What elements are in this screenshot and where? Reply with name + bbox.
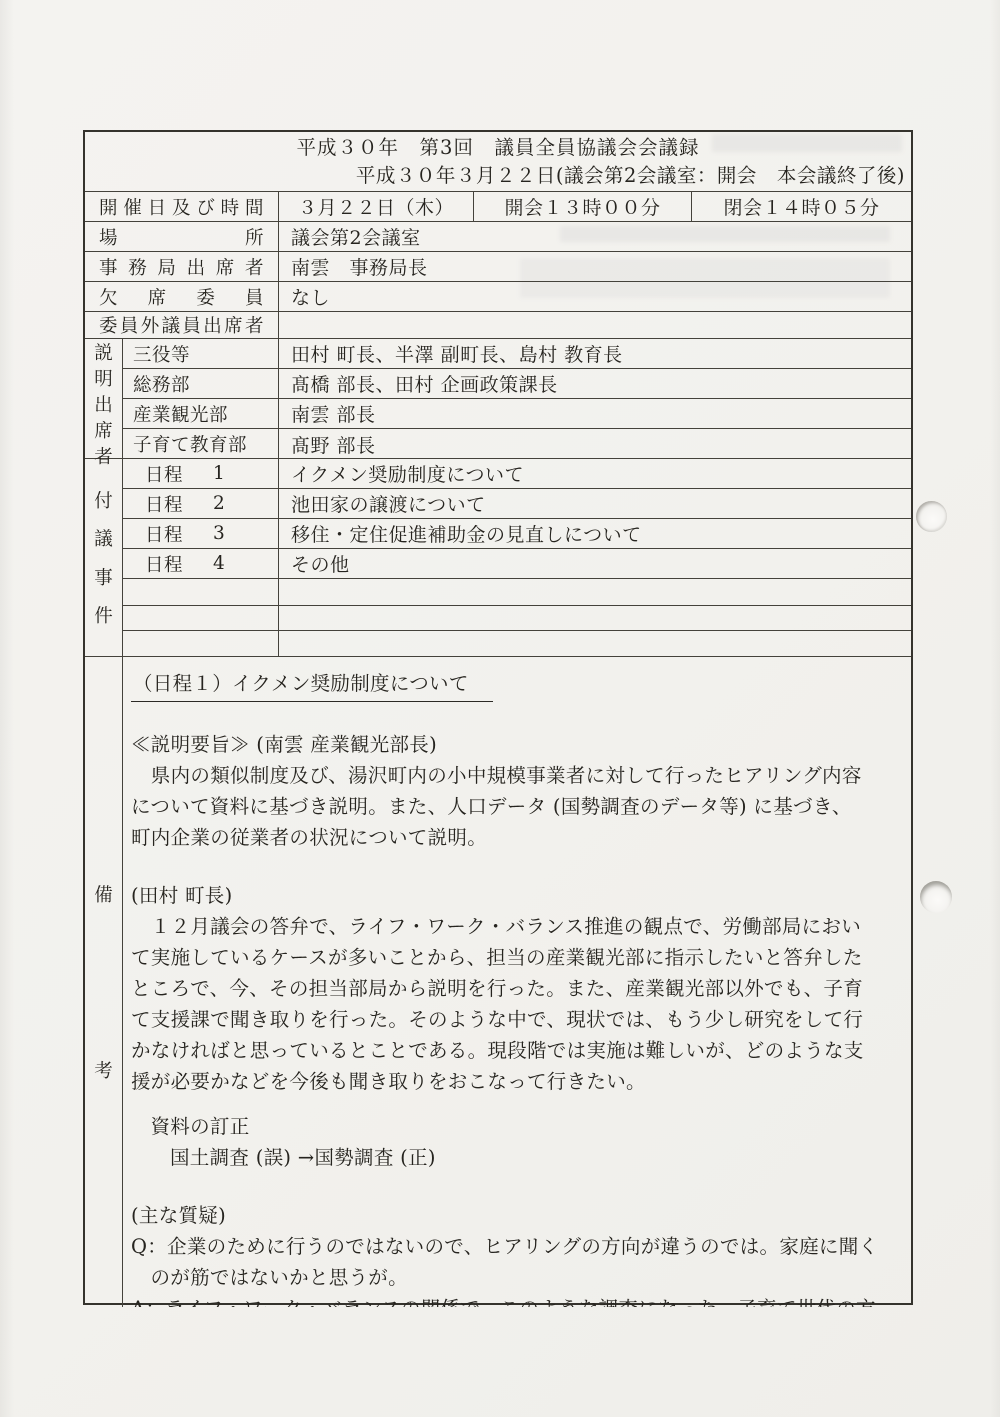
scanned-meeting-minutes-page: 平成３０年 第3回 議員全員協議会会議録 平成３０年３月２２日(議会第2会議室：… <box>0 0 1000 1417</box>
agenda-number: 日程4 <box>123 549 279 578</box>
correction-header: 資料の訂正 <box>131 1111 901 1142</box>
value-noncommittee <box>279 312 911 338</box>
value-absent: なし <box>279 282 911 311</box>
agenda-empty-row <box>123 631 911 657</box>
value-secretariat: 南雲 事務局長 <box>279 252 911 281</box>
table-row: 産業観光部 南雲 部長 <box>123 399 911 429</box>
agenda-empty-row <box>123 579 911 606</box>
section-remarks: 備 考 （日程１）イクメン奨励制度について ≪説明要旨≫ (南雲 産業観光部長)… <box>85 657 911 1307</box>
vertical-label-remarks: 備 考 <box>85 657 123 1307</box>
value-open-time: 開会１３時００分 <box>474 192 692 221</box>
hole-punch-top <box>916 501 947 532</box>
agenda-title: その他 <box>279 549 911 578</box>
agenda-number: 日程3 <box>123 519 279 548</box>
remarks-content: （日程１）イクメン奨励制度について ≪説明要旨≫ (南雲 産業観光部長) 県内の… <box>123 657 911 1307</box>
agenda-title: 移住・定住促進補助金の見直しについて <box>279 519 911 548</box>
label-noncommittee: 委員外議員出席者 <box>85 312 279 338</box>
table-row: 子育て教育部 髙野 部長 <box>123 429 911 459</box>
title-block: 平成３０年 第3回 議員全員協議会会議録 平成３０年３月２２日(議会第2会議室：… <box>85 132 911 192</box>
table-row: 三役等 田村 町長、半澤 副町長、島村 教育長 <box>123 339 911 369</box>
label-absent: 欠席委員 <box>85 282 279 311</box>
explainer-names: 南雲 部長 <box>279 399 911 428</box>
document-subtitle: 平成３０年３月２２日(議会第2会議室：開会 本会議終了後) <box>85 162 911 190</box>
table-row: 日程1 イクメン奨励制度について <box>123 459 911 489</box>
explainer-dept: 子育て教育部 <box>123 429 279 459</box>
question-text: Q：企業のために行うのではないので、ヒアリングの方向が違うのでは。家庭に聞く の… <box>131 1231 901 1293</box>
row-place: 場所 議会第2会議室 <box>85 222 911 252</box>
summary-body: 県内の類似制度及び、湯沢町内の小中規模事業者に対して行ったヒアリング内容 につい… <box>131 760 901 853</box>
label-secretariat: 事務局出席者 <box>85 252 279 281</box>
row-date-time: 開催日及び時間 ３月２２日（木） 開会１３時００分 閉会１４時０５分 <box>85 192 911 222</box>
table-row: 日程4 その他 <box>123 549 911 579</box>
hole-punch-bottom <box>920 881 952 913</box>
remarks-heading: （日程１）イクメン奨励制度について <box>131 668 493 702</box>
vertical-label-explainers: 説 明 出 席 者 <box>85 339 123 458</box>
explainer-names: 髙橋 部長、田村 企画政策課長 <box>279 369 911 398</box>
value-close-time: 閉会１４時０５分 <box>692 192 911 221</box>
table-row: 日程3 移住・定住促進補助金の見直しについて <box>123 519 911 549</box>
agenda-number: 日程2 <box>123 489 279 518</box>
document-title: 平成３０年 第3回 議員全員協議会会議録 <box>85 134 911 162</box>
explainer-names: 髙野 部長 <box>279 429 911 459</box>
value-date: ３月２２日（木） <box>279 192 474 221</box>
explainer-dept: 産業観光部 <box>123 399 279 428</box>
row-absent: 欠席委員 なし <box>85 282 911 312</box>
mayor-header: (田村 町長) <box>131 880 901 911</box>
section-agenda: 付 議 事 件 日程1 イクメン奨励制度について 日程2 池田家の譲渡について <box>85 459 911 657</box>
explainer-names: 田村 町長、半澤 副町長、島村 教育長 <box>279 339 911 368</box>
row-secretariat: 事務局出席者 南雲 事務局長 <box>85 252 911 282</box>
label-date-time: 開催日及び時間 <box>85 192 279 221</box>
row-noncommittee: 委員外議員出席者 <box>85 312 911 339</box>
qa-header: (主な質疑) <box>131 1200 901 1231</box>
minutes-table: 平成３０年 第3回 議員全員協議会会議録 平成３０年３月２２日(議会第2会議室：… <box>83 130 913 1305</box>
explainer-dept: 三役等 <box>123 339 279 368</box>
table-row: 日程2 池田家の譲渡について <box>123 489 911 519</box>
agenda-title: イクメン奨励制度について <box>279 459 911 488</box>
agenda-number: 日程1 <box>123 459 279 488</box>
answer-text: A：ライフ・ワーク・バランスの関係で、このような調査になった。子育て世代の方 が… <box>131 1293 901 1307</box>
summary-header: ≪説明要旨≫ (南雲 産業観光部長) <box>131 729 901 760</box>
agenda-title: 池田家の譲渡について <box>279 489 911 518</box>
value-place: 議会第2会議室 <box>279 222 911 251</box>
correction-body: 国土調査 (誤) →国勢調査 (正) <box>131 1142 901 1173</box>
mayor-body: １２月議会の答弁で、ライフ・ワーク・バランス推進の観点で、労働部局におい て実施… <box>131 911 901 1097</box>
table-row: 総務部 髙橋 部長、田村 企画政策課長 <box>123 369 911 399</box>
section-explainers: 説 明 出 席 者 三役等 田村 町長、半澤 副町長、島村 教育長 総務部 髙橋… <box>85 339 911 459</box>
vertical-label-agenda: 付 議 事 件 <box>85 459 123 656</box>
agenda-empty-row <box>123 606 911 631</box>
explainer-dept: 総務部 <box>123 369 279 398</box>
label-place: 場所 <box>85 222 279 251</box>
